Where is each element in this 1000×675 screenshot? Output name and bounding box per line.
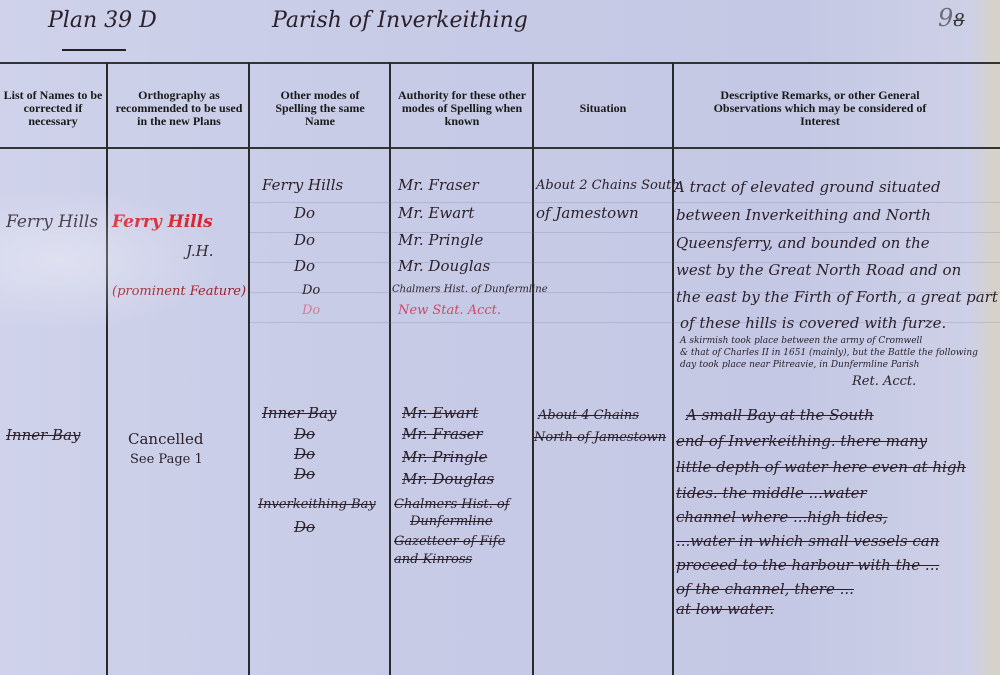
spelling-item: Do (294, 518, 315, 536)
table-header-rule (0, 147, 1000, 149)
remarks-line: the east by the Firth of Forth, a great … (676, 288, 998, 306)
remarks-note-line: & that of Charles II in 1651 (mainly), b… (680, 348, 978, 358)
column-header-situation: Situation (534, 72, 672, 144)
authority-item: Chalmers Hist. of Dunfermline (392, 284, 548, 295)
spelling-item: Inner Bay (262, 404, 337, 422)
ruled-line (250, 322, 1000, 323)
page-number: 98 (938, 4, 965, 32)
column-header-names: List of Names to be corrected if necessa… (0, 72, 106, 144)
spelling-item: Do (294, 231, 315, 249)
situation-line: About 2 Chains South (536, 178, 680, 193)
authority-item: Mr. Fraser (402, 425, 483, 443)
remarks-line: proceed to the harbour with the ... (676, 556, 939, 574)
table-top-rule (0, 62, 1000, 64)
entry-orthography: Ferry Hills (112, 212, 213, 232)
column-header-orthography: Orthography as recommended to be used in… (112, 72, 246, 144)
authority-item: Mr. Ewart (398, 204, 474, 222)
column-divider (672, 62, 674, 675)
plan-underline (62, 49, 126, 51)
spelling-item: Do (294, 465, 315, 483)
remarks-line: tides. the middle ...water (676, 484, 867, 502)
remarks-line: of the channel, there ... (676, 580, 854, 598)
authority-item: Dunfermline (410, 514, 493, 529)
situation-line: of Jamestown (536, 204, 639, 222)
page-number-struck: 8 (953, 10, 964, 31)
remarks-line: ...water in which small vessels can (676, 532, 939, 550)
plan-reference: Plan 39 D (48, 8, 157, 33)
authority-item: Mr. Fraser (398, 176, 479, 194)
spelling-item: Do (294, 257, 315, 275)
page-number-current: 9 (938, 4, 953, 32)
ruled-line (250, 232, 1000, 233)
spelling-item: Do (294, 204, 315, 222)
spelling-item: Do (294, 445, 315, 463)
ruled-line (250, 292, 1000, 293)
remarks-line: A tract of elevated ground situated (674, 178, 941, 196)
column-divider (389, 62, 391, 675)
ruled-line (250, 202, 1000, 203)
entry-orthography: Cancelled (128, 430, 203, 448)
remarks-line: of these hills is covered with furze. (680, 314, 946, 332)
remarks-line: A small Bay at the South (686, 406, 874, 424)
column-header-remarks: Descriptive Remarks, or other General Ob… (700, 72, 940, 144)
remarks-line: little depth of water here even at high (676, 458, 966, 476)
entry-note: (prominent Feature) (112, 284, 246, 299)
register-page: Plan 39 D Parish of Inverkeithing 98 Lis… (0, 0, 1000, 675)
ruled-line (250, 262, 1000, 263)
authority-item: Mr. Pringle (402, 448, 487, 466)
entry-name: Ferry Hills (6, 212, 98, 232)
column-divider (248, 62, 250, 675)
column-header-authority: Authority for these other modes of Spell… (394, 72, 530, 144)
remarks-note-reference: Ret. Acct. (852, 374, 916, 389)
remarks-line: end of Inverkeithing. there many (676, 432, 927, 450)
authority-item: Mr. Douglas (398, 257, 490, 275)
spelling-item: Do (294, 425, 315, 443)
remarks-line: west by the Great North Road and on (676, 261, 961, 279)
remarks-note-line: day took place near Pitreavie, in Dunfer… (680, 360, 919, 370)
spelling-item: Ferry Hills (262, 176, 343, 194)
authority-item: Mr. Pringle (398, 231, 483, 249)
spelling-item: Do (302, 283, 320, 298)
entry-name: Inner Bay (6, 426, 81, 444)
remarks-line: Queensferry, and bounded on the (676, 234, 930, 252)
authority-item: Mr. Ewart (402, 404, 478, 422)
column-divider (106, 62, 108, 675)
remarks-note-line: A skirmish took place between the army o… (680, 336, 922, 346)
column-header-other-spellings: Other modes of Spelling the same Name (262, 72, 378, 144)
remarks-line: between Inverkeithing and North (676, 206, 931, 224)
column-divider (532, 62, 534, 675)
situation-line: North of Jamestown (534, 430, 666, 445)
authority-item: and Kinross (394, 552, 472, 567)
authority-item: Mr. Douglas (402, 470, 494, 488)
entry-initials: J.H. (186, 242, 213, 260)
spelling-item: Inverkeithing Bay (258, 497, 376, 512)
parish-title: Parish of Inverkeithing (272, 8, 528, 33)
authority-item: Gazetteer of Fife (394, 534, 505, 549)
situation-line: About 4 Chains (538, 408, 639, 423)
remarks-line: channel where ...high tides, (676, 508, 888, 526)
authority-item: Chalmers Hist. of (394, 497, 510, 512)
authority-item: New Stat. Acct. (398, 303, 501, 318)
spelling-item: Do (302, 303, 320, 318)
remarks-line: at low water. (676, 600, 774, 618)
entry-orthography-note: See Page 1 (130, 452, 203, 467)
